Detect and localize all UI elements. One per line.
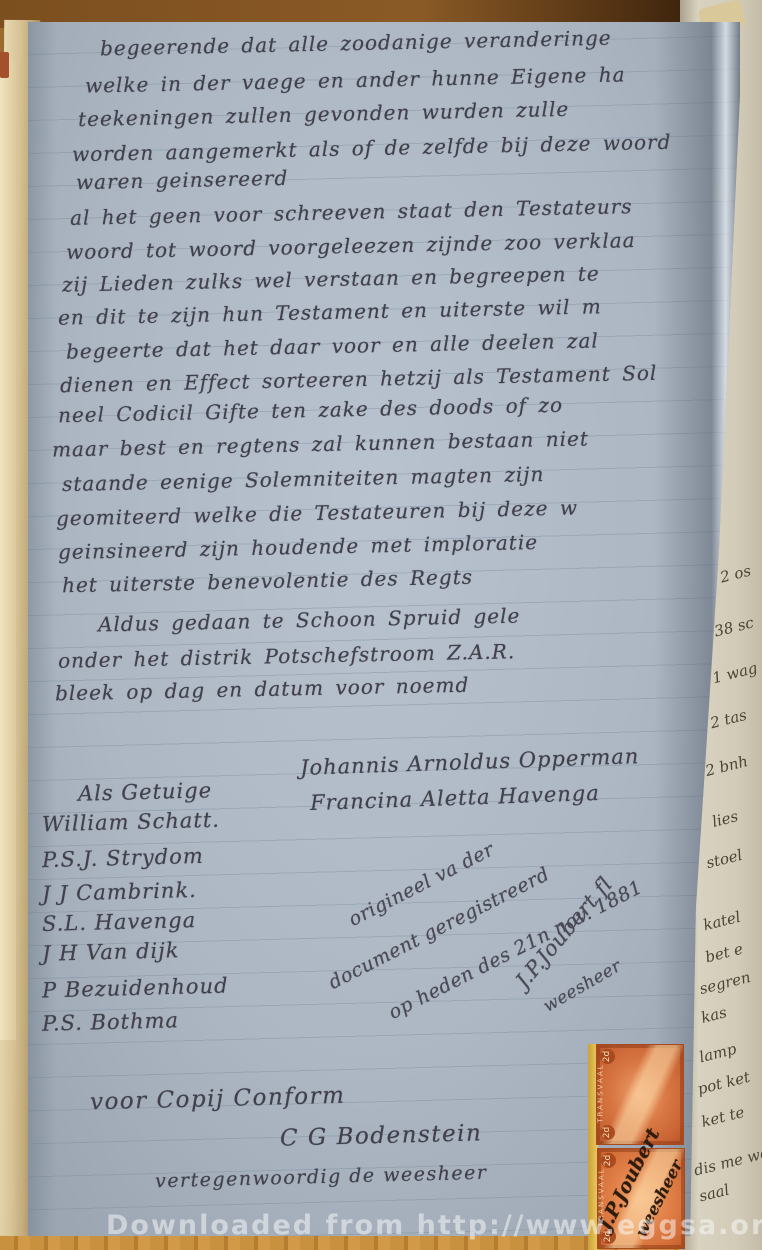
body-line: woord tot woord voorgeleezen zijnde zoo … (66, 228, 636, 264)
body-line: bleek op dag en datum voor noemd (55, 673, 470, 706)
body-line: worden aangemerkt als of de zelfde bij d… (72, 130, 672, 167)
body-line: begeerende dat alle zoodanige veranderin… (100, 26, 612, 61)
stamp-value-label: 2d (600, 1125, 615, 1140)
body-line: neel Codicil Gifte ten zake des doods of… (58, 393, 563, 428)
body-line: dienen en Effect sorteeren hetzij als Te… (60, 361, 658, 398)
body-line: begeerte dat het daar voor en alle deele… (66, 328, 599, 363)
witness-signature: J H Van dijk (42, 938, 180, 966)
body-line: Aldus gedaan te Schoon Spruid gele (98, 604, 521, 637)
body-line: al het geen voor schreeven staat den Tes… (70, 194, 633, 230)
body-line: staande eenige Solemniteiten magten zijn (62, 462, 545, 496)
body-line: geomiteerd welke die Testateuren bij dez… (56, 496, 578, 531)
witness-heading: Als Getuige (78, 778, 213, 806)
certifier-title: vertegenwoordig de weesheer (155, 1162, 488, 1193)
body-line: waren geinsereerd (76, 166, 289, 194)
body-line: geinsineerd zijn houdende met imploratie (58, 530, 538, 564)
site-watermark: Downloaded from http://www.eggsa.org (106, 1210, 762, 1241)
witness-signature: William Schatt. (42, 808, 221, 837)
binding-detail (0, 52, 9, 78)
witness-signature: P.S. Bothma (42, 1008, 180, 1036)
testator-signature: Johannis Arnoldus Opperman (300, 744, 640, 780)
witness-signature: P.S.J. Strydom (42, 844, 204, 872)
body-line: en dit te zijn hun Testament en uiterste… (58, 294, 602, 329)
body-line: zij Lieden zulks wel verstaan en begreep… (62, 261, 600, 296)
witness-signature: S.L. Havenga (42, 908, 197, 936)
testatrix-signature: Francina Aletta Havenga (310, 781, 601, 815)
stamp-value-label: 2d (600, 1049, 615, 1064)
witness-signature: P Bezuidenhoud (42, 974, 229, 1003)
photograph-of-testament-page: 2 os 38 sc 1 wag 2 tas 2 bnh lies stoel … (0, 0, 762, 1250)
stamp-country-inscription: TRANSVAAL (597, 1063, 605, 1122)
body-line: onder het distrik Potschefstroom Z.A.R. (58, 639, 516, 673)
body-line: het uiterste benevolentie des Regts (62, 565, 473, 598)
certification-line: voor Copij Conform (90, 1083, 346, 1116)
certifier-signature: C G Bodenstein (280, 1120, 483, 1151)
stamp-value-label: 2d (601, 1153, 616, 1168)
revenue-stamp: 2d 2d TRANSVAAL (596, 1044, 684, 1145)
body-line: teekeningen zullen gevonden wurden zulle (78, 97, 570, 131)
registrar-title: weesheer (540, 956, 625, 1017)
body-line: welke in der vaege en ander hunne Eigene… (85, 62, 626, 97)
witness-signature: J J Cambrink. (42, 878, 197, 906)
stacked-paper-edge (0, 60, 16, 1040)
body-line: maar best en regtens zal kunnen bestaan … (52, 426, 589, 461)
